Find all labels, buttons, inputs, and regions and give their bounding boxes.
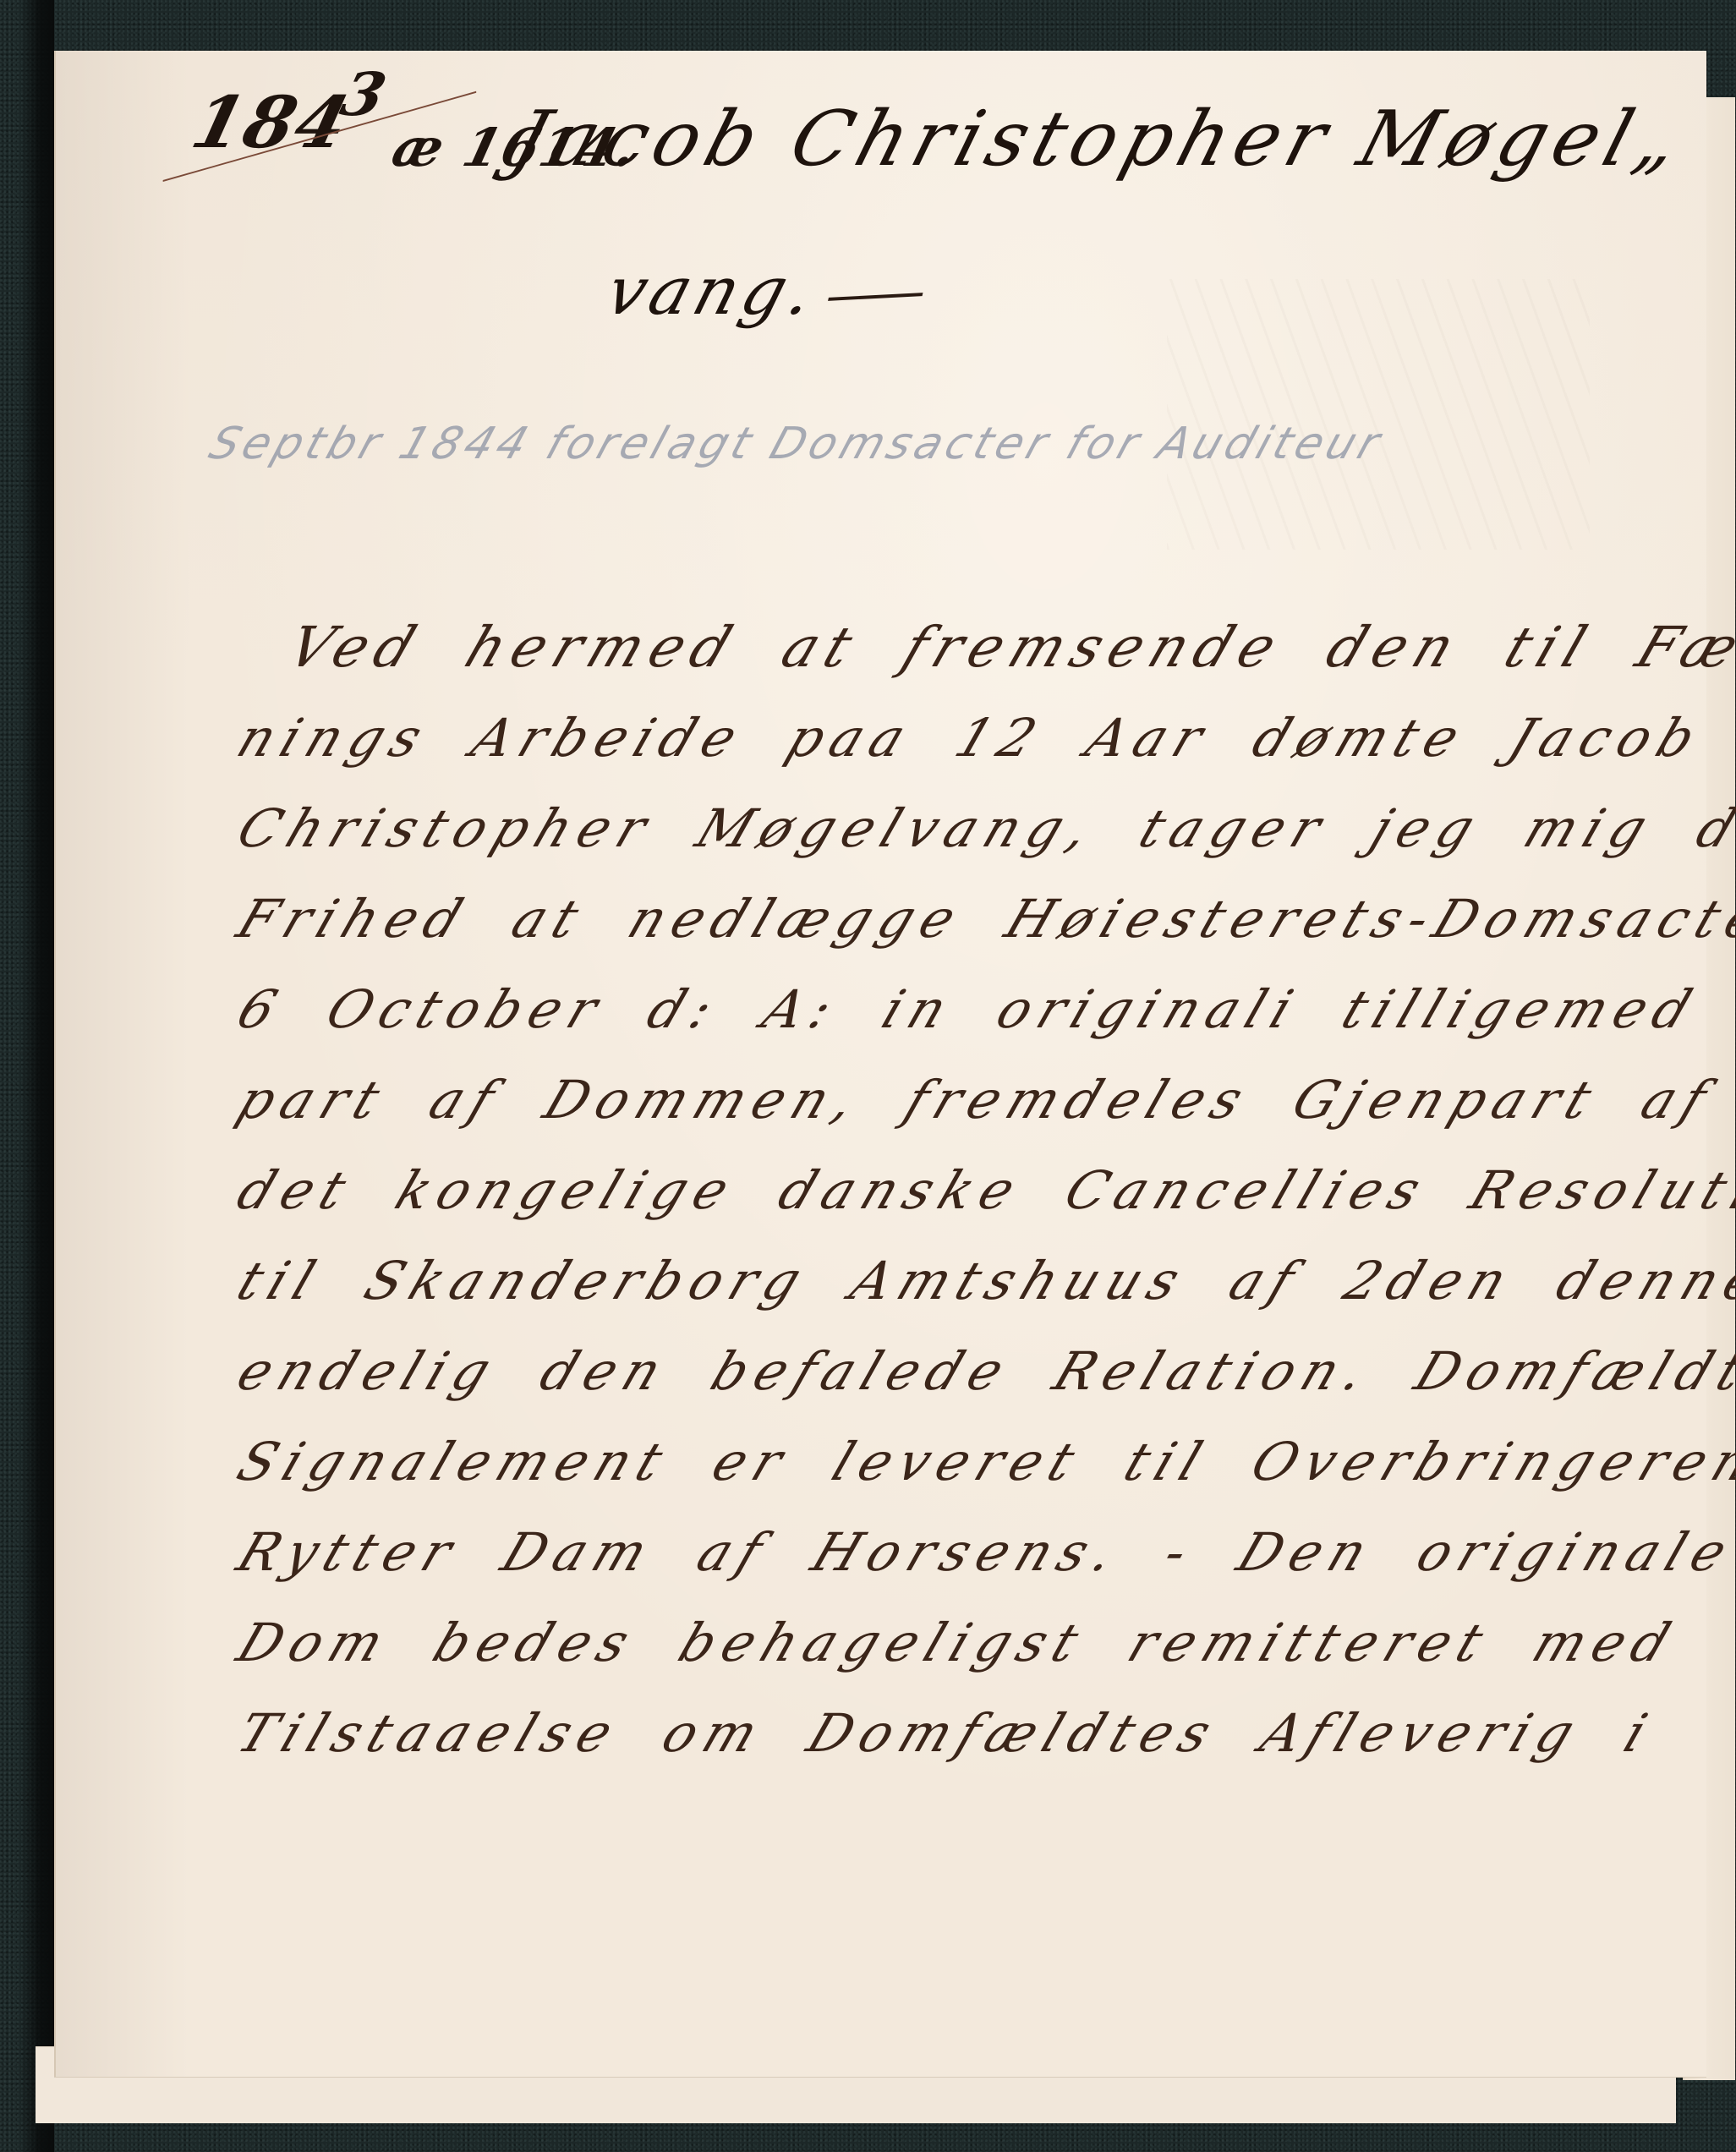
body-line: nings Arbeide paa 12 Aar dømte Jacob	[224, 693, 1711, 783]
pencil-annotation: Septbr 1844 forelagt Domsacter for Audit…	[203, 419, 1389, 469]
title-dash	[828, 293, 923, 301]
document-title-name: Jacob Christopher Møgel„	[503, 95, 1696, 183]
body-line: 6 October d: A: in originali tilligemed …	[224, 964, 1711, 1054]
body-line: Frihed at nedlægge Høiesterets-Domsacten…	[224, 873, 1711, 964]
body-line: Signalement er leveret til Overbringeren…	[224, 1416, 1711, 1507]
case-number-year: 184	[184, 80, 359, 164]
body-line: Ved hermed at fremsende den til Fæst-	[224, 602, 1711, 693]
body-line: til Skanderborg Amtshuus af 2den dennes …	[224, 1235, 1711, 1326]
document-title-name-continued: vang.	[598, 254, 934, 330]
binding-shadow	[19, 0, 54, 2152]
letter-body: Ved hermed at fremsende den til Fæst- ni…	[224, 602, 1678, 1778]
body-line: det kongelige danske Cancellies Resoluti…	[224, 1145, 1711, 1235]
body-line: endelig den befalede Relation. Domfældte…	[224, 1326, 1711, 1416]
body-line: Dom bedes behageligst remitteret med	[224, 1597, 1711, 1688]
document-title-continued-text: vang.	[598, 254, 827, 330]
body-line: part af Dommen, fremdeles Gjenpart af	[224, 1054, 1711, 1145]
ink-bleed-through	[1167, 279, 1590, 550]
body-line: Christopher Møgelvang, tager jeg mig den	[224, 783, 1711, 873]
body-line: Rytter Dam af Horsens. - Den originale	[224, 1507, 1711, 1597]
body-line: Tilstaaelse om Domfældtes Afleverig i	[224, 1688, 1711, 1778]
